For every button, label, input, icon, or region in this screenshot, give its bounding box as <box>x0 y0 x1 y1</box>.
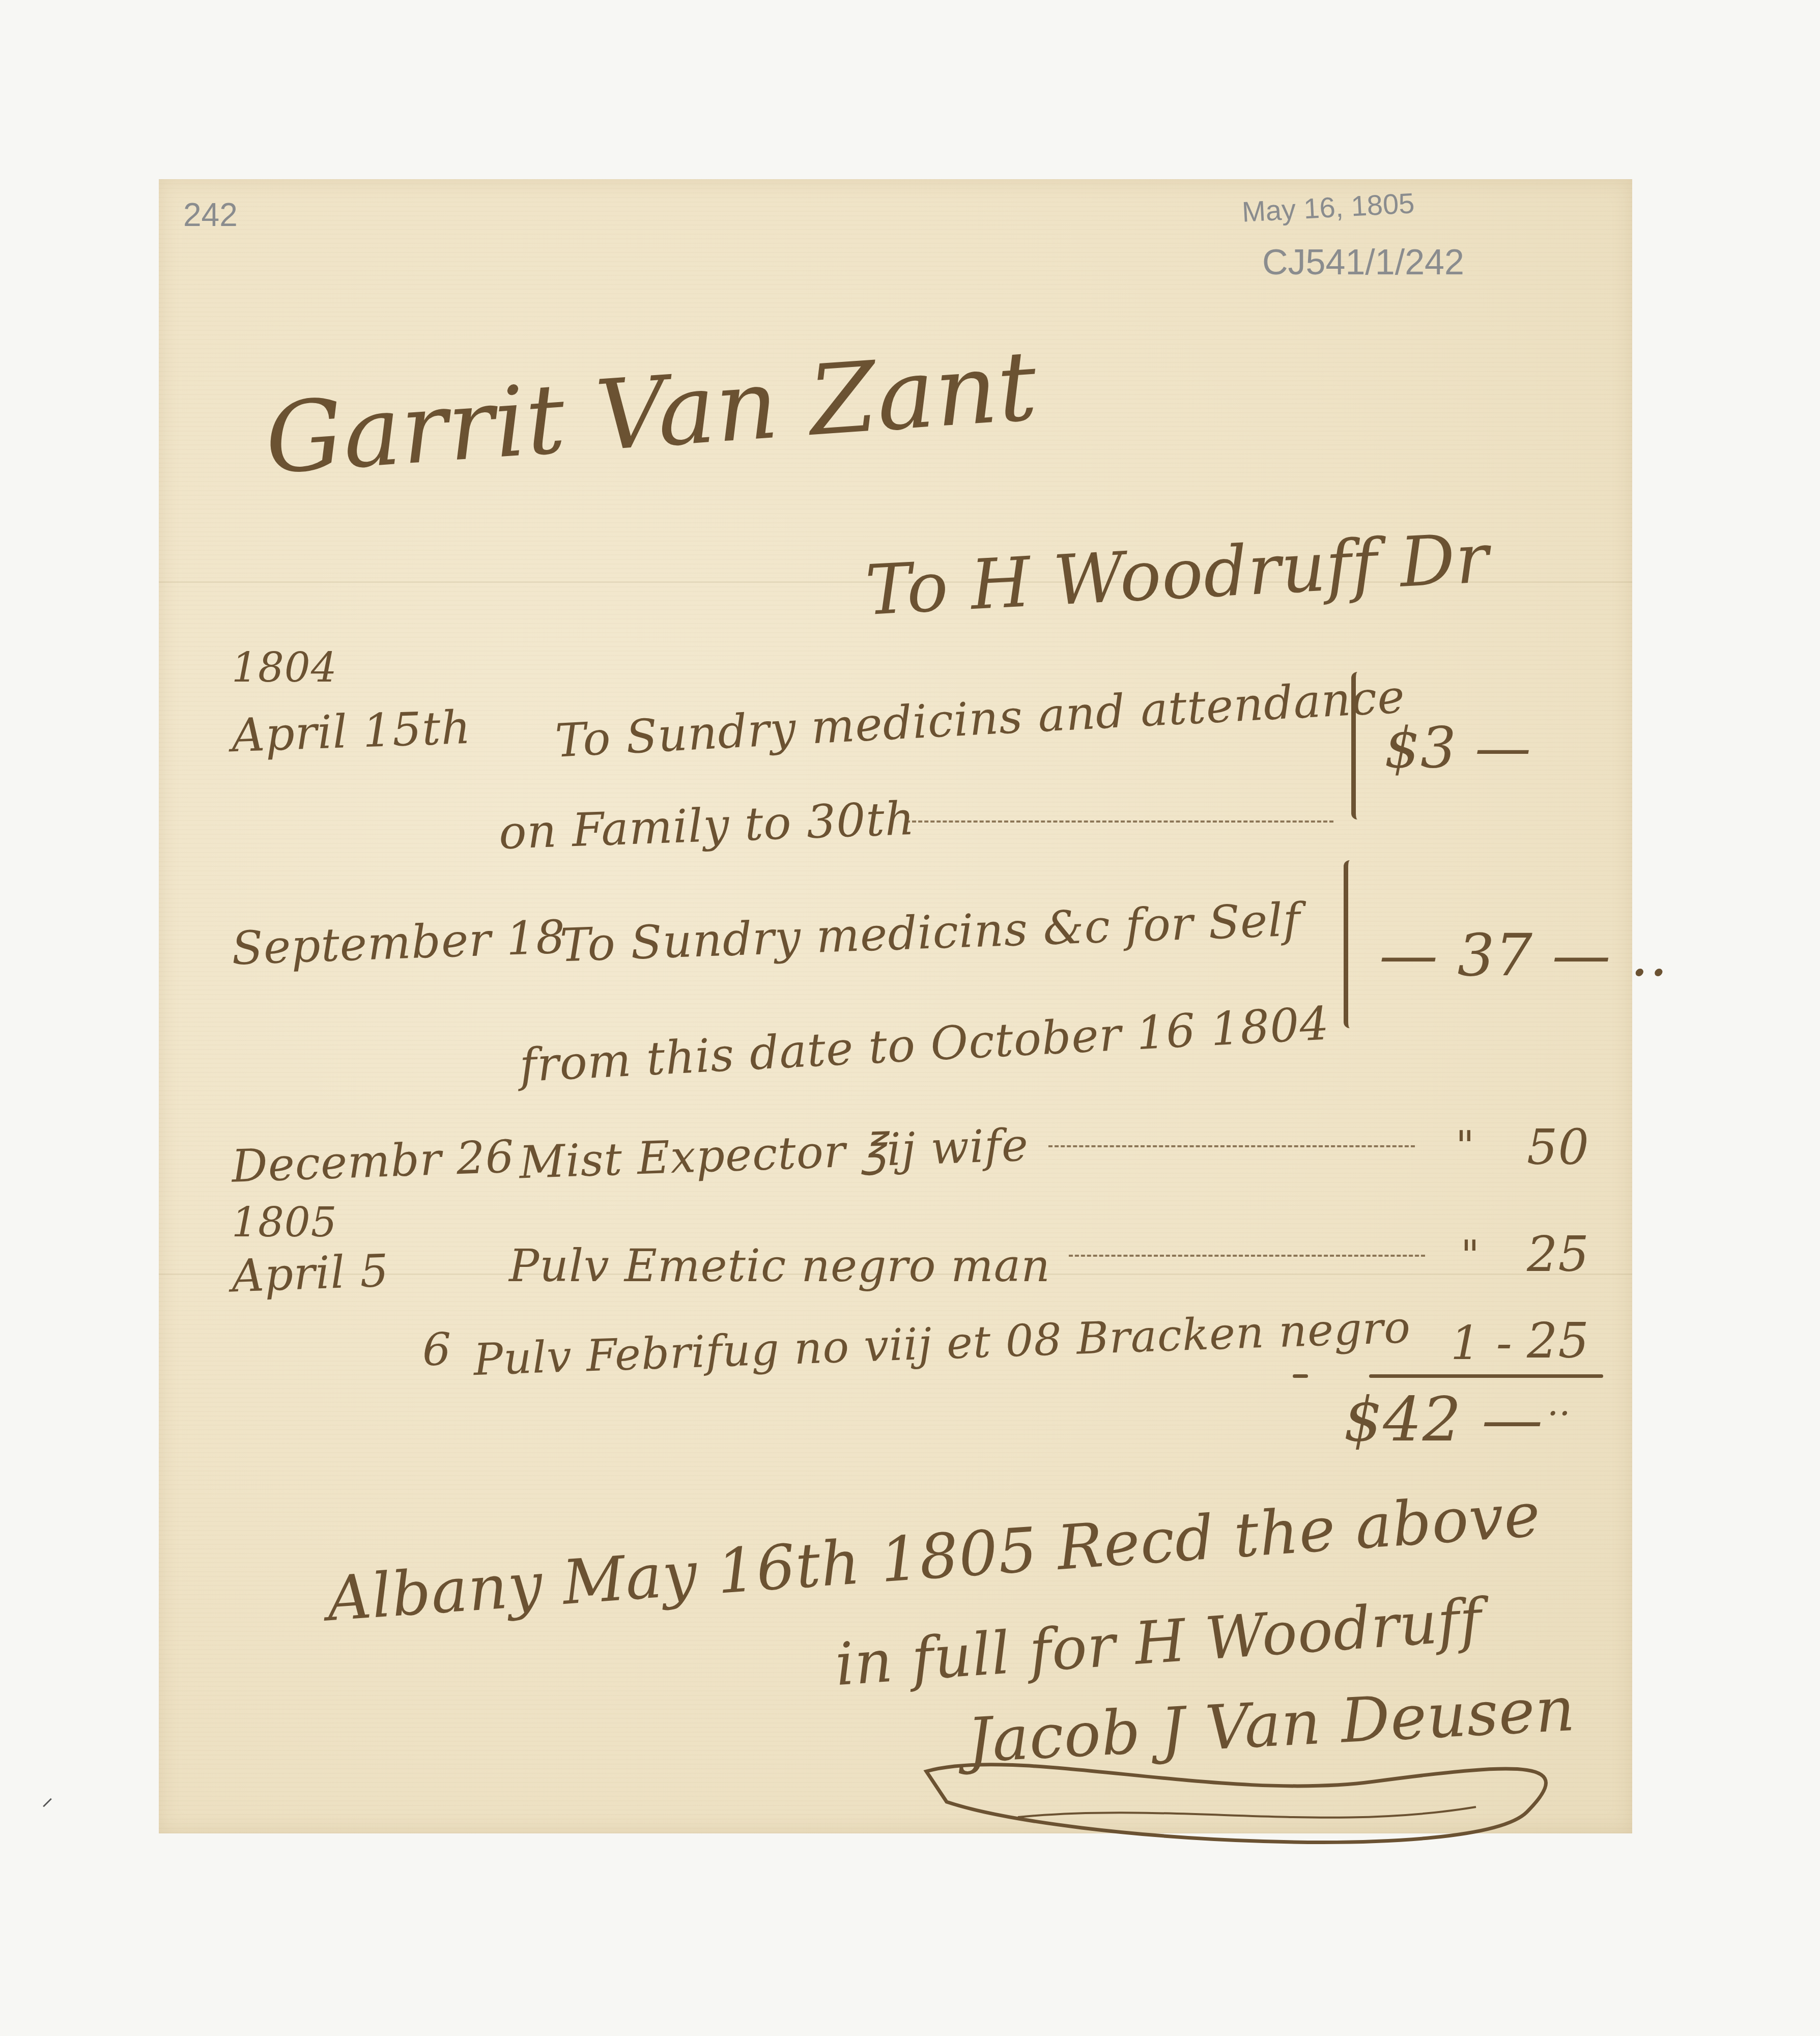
entry-description: Pulv Emetic negro man <box>509 1239 1050 1292</box>
year-1805: 1805 <box>232 1199 337 1246</box>
entry-amount-cents: 25 <box>1527 1227 1589 1283</box>
entry-amount-dollars: " <box>1456 1122 1475 1170</box>
total-amount: $42 — <box>1344 1384 1543 1455</box>
entry-amount-dollars: 1 - <box>1451 1316 1513 1370</box>
signature-flourish <box>916 1741 1603 1853</box>
archive-item-number: 242 <box>183 196 238 234</box>
bracket <box>1351 672 1364 819</box>
stray-mark <box>43 1798 52 1807</box>
bracket <box>1344 860 1356 1028</box>
entry-amount-cents: 25 <box>1527 1313 1589 1369</box>
year-1804: 1804 <box>232 644 337 691</box>
total-rule <box>1293 1374 1308 1378</box>
leader-line <box>906 821 1333 823</box>
entry-date: 6 <box>422 1323 451 1376</box>
total-cents: .. <box>1547 1382 1571 1424</box>
entry-date: Decembr 26 <box>231 1130 515 1192</box>
leader-line <box>1048 1145 1415 1147</box>
archive-reference: CJ541/1/242 <box>1262 242 1464 282</box>
total-rule <box>1369 1374 1603 1378</box>
entry-amount-dollars: " <box>1461 1232 1480 1279</box>
entry-date: April 5 <box>231 1245 390 1303</box>
entry-date: April 15th <box>231 701 472 762</box>
entry-amount-cents: 50 <box>1527 1120 1589 1176</box>
leader-line <box>1069 1255 1425 1257</box>
entry-amount: — 37 — .. <box>1379 921 1668 989</box>
entry-amount: $3 — <box>1384 715 1531 780</box>
